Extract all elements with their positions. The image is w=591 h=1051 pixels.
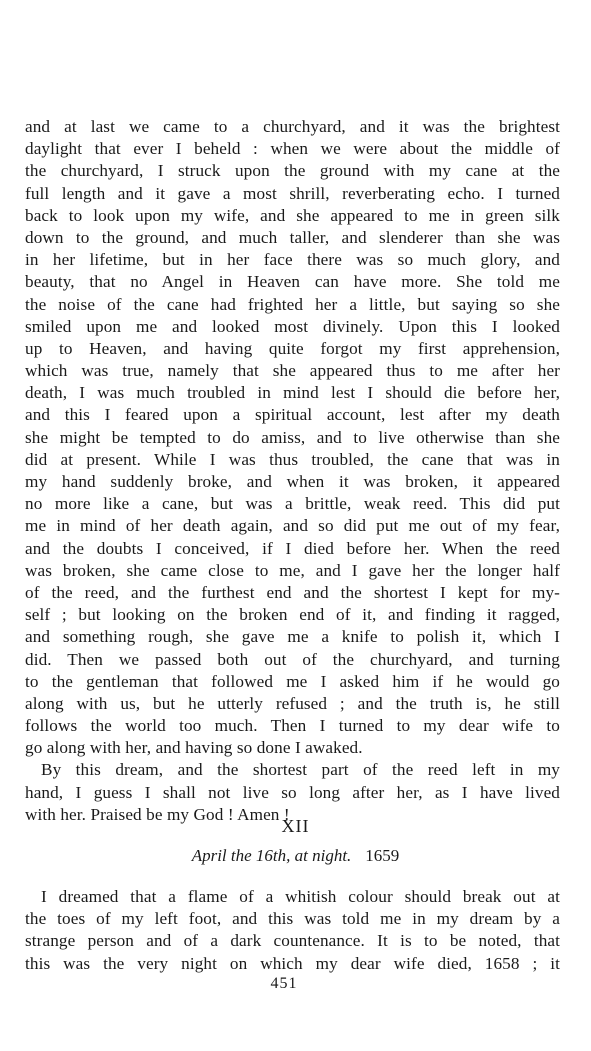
text-line: smiled upon me and looked most divinely.… xyxy=(25,316,560,338)
text-line: the toes of my left foot, and this was t… xyxy=(25,908,560,930)
page-number: 451 xyxy=(0,975,568,993)
text-line: along with us, but he utterly refused ; … xyxy=(25,693,560,715)
text-line: beauty, that no Angel in Heaven can have… xyxy=(25,271,560,293)
text-line: in her lifetime, but in her face there w… xyxy=(25,249,560,271)
text-line: me in mind of her death again, and so di… xyxy=(25,515,560,537)
text-line: did at present. While I was thus trouble… xyxy=(25,449,560,471)
body-text: and at last we came to a churchyard, and… xyxy=(25,116,560,826)
text-line: follows the world too much. Then I turne… xyxy=(25,715,560,737)
text-line: and the doubts I conceived, if I died be… xyxy=(25,538,560,560)
text-line: I dreamed that a flame of a whitish colo… xyxy=(25,886,560,908)
text-line: daylight that ever I beheld : when we we… xyxy=(25,138,560,160)
text-line: down to the ground, and much taller, and… xyxy=(25,227,560,249)
text-line: By this dream, and the shortest part of … xyxy=(25,759,560,781)
text-line: and at last we came to a churchyard, and… xyxy=(25,116,560,138)
text-line: this was the very night on which my dear… xyxy=(25,953,560,975)
paragraph-continued: and at last we came to a churchyard, and… xyxy=(25,116,560,759)
text-line: hand, I guess I shall not live so long a… xyxy=(25,782,560,804)
section-date: April the 16th, at night.1659 xyxy=(0,846,591,866)
text-line: the churchyard, I struck upon the ground… xyxy=(25,160,560,182)
text-line: and this I feared upon a spiritual accou… xyxy=(25,404,560,426)
text-line: up to Heaven, and having quite forgot my… xyxy=(25,338,560,360)
text-line: no more like a cane, but was a brittle, … xyxy=(25,493,560,515)
text-line: the noise of the cane had frighted her a… xyxy=(25,294,560,316)
text-line: death, I was much troubled in mind lest … xyxy=(25,382,560,404)
text-line: self ; but looking on the broken end of … xyxy=(25,604,560,626)
text-line: which was true, namely that she appeared… xyxy=(25,360,560,382)
text-line: did. Then we passed both out of the chur… xyxy=(25,649,560,671)
section-year: 1659 xyxy=(365,846,399,865)
text-line: to the gentleman that followed me I aske… xyxy=(25,671,560,693)
text-line: go along with her, and having so done I … xyxy=(25,737,560,759)
section-heading: XII xyxy=(0,816,591,837)
text-line: and something rough, she gave me a knife… xyxy=(25,626,560,648)
text-line: she might be tempted to do amiss, and to… xyxy=(25,427,560,449)
section-date-text: April the 16th, at night. xyxy=(192,846,352,865)
text-line: full length and it gave a most shrill, r… xyxy=(25,183,560,205)
paragraph-new: I dreamed that a flame of a whitish colo… xyxy=(25,886,560,975)
text-line: my hand suddenly broke, and when it was … xyxy=(25,471,560,493)
text-line: was broken, she came close to me, and I … xyxy=(25,560,560,582)
text-line: of the reed, and the furthest end and th… xyxy=(25,582,560,604)
text-line: strange person and of a dark countenance… xyxy=(25,930,560,952)
text-line: back to look upon my wife, and she appea… xyxy=(25,205,560,227)
